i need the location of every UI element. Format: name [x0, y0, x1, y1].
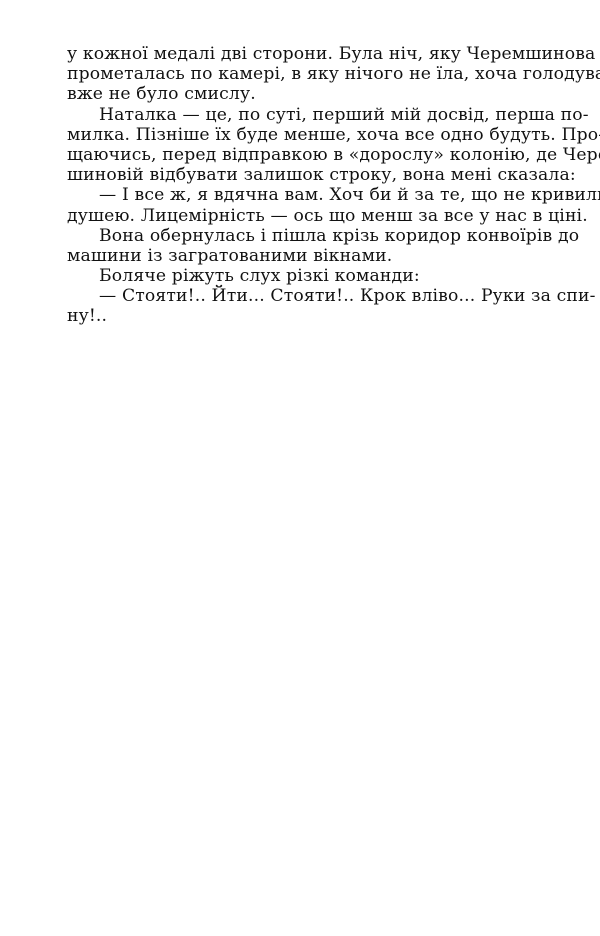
text-line-8: — І все ж, я вдячна вам. Хоч би й за те,… [67, 185, 556, 205]
text-line-14: ну!.. [67, 306, 556, 326]
text-line-3: вже не було смислу. [67, 84, 556, 104]
text-line-5: милка. Пізніше їх буде менше, хоча все о… [67, 125, 556, 145]
text-line-4: Наталка — це, по суті, перший мій досвід… [67, 105, 556, 125]
text-line-11: машини із загратованими вікнами. [67, 246, 556, 266]
text-line-2: прометалась по камері, в яку нічого не ї… [67, 64, 556, 84]
text-line-6: щаючись, перед відправкою в «дорослу» ко… [67, 145, 556, 165]
text-line-10: Вона обернулась і пішла крізь коридор ко… [67, 226, 556, 246]
page-body: у кожної медалі дві сторони. Була ніч, я… [67, 44, 556, 327]
text-line-12: Боляче ріжуть слух різкі команди: [67, 266, 556, 286]
text-line-1: у кожної медалі дві сторони. Була ніч, я… [67, 44, 556, 64]
text-line-7: шиновій відбувати залишок строку, вона м… [67, 165, 556, 185]
text-line-9: душею. Лицемірність — ось що менш за все… [67, 206, 556, 226]
text-line-13: — Стояти!.. Йти... Стояти!.. Крок вліво.… [67, 286, 556, 306]
